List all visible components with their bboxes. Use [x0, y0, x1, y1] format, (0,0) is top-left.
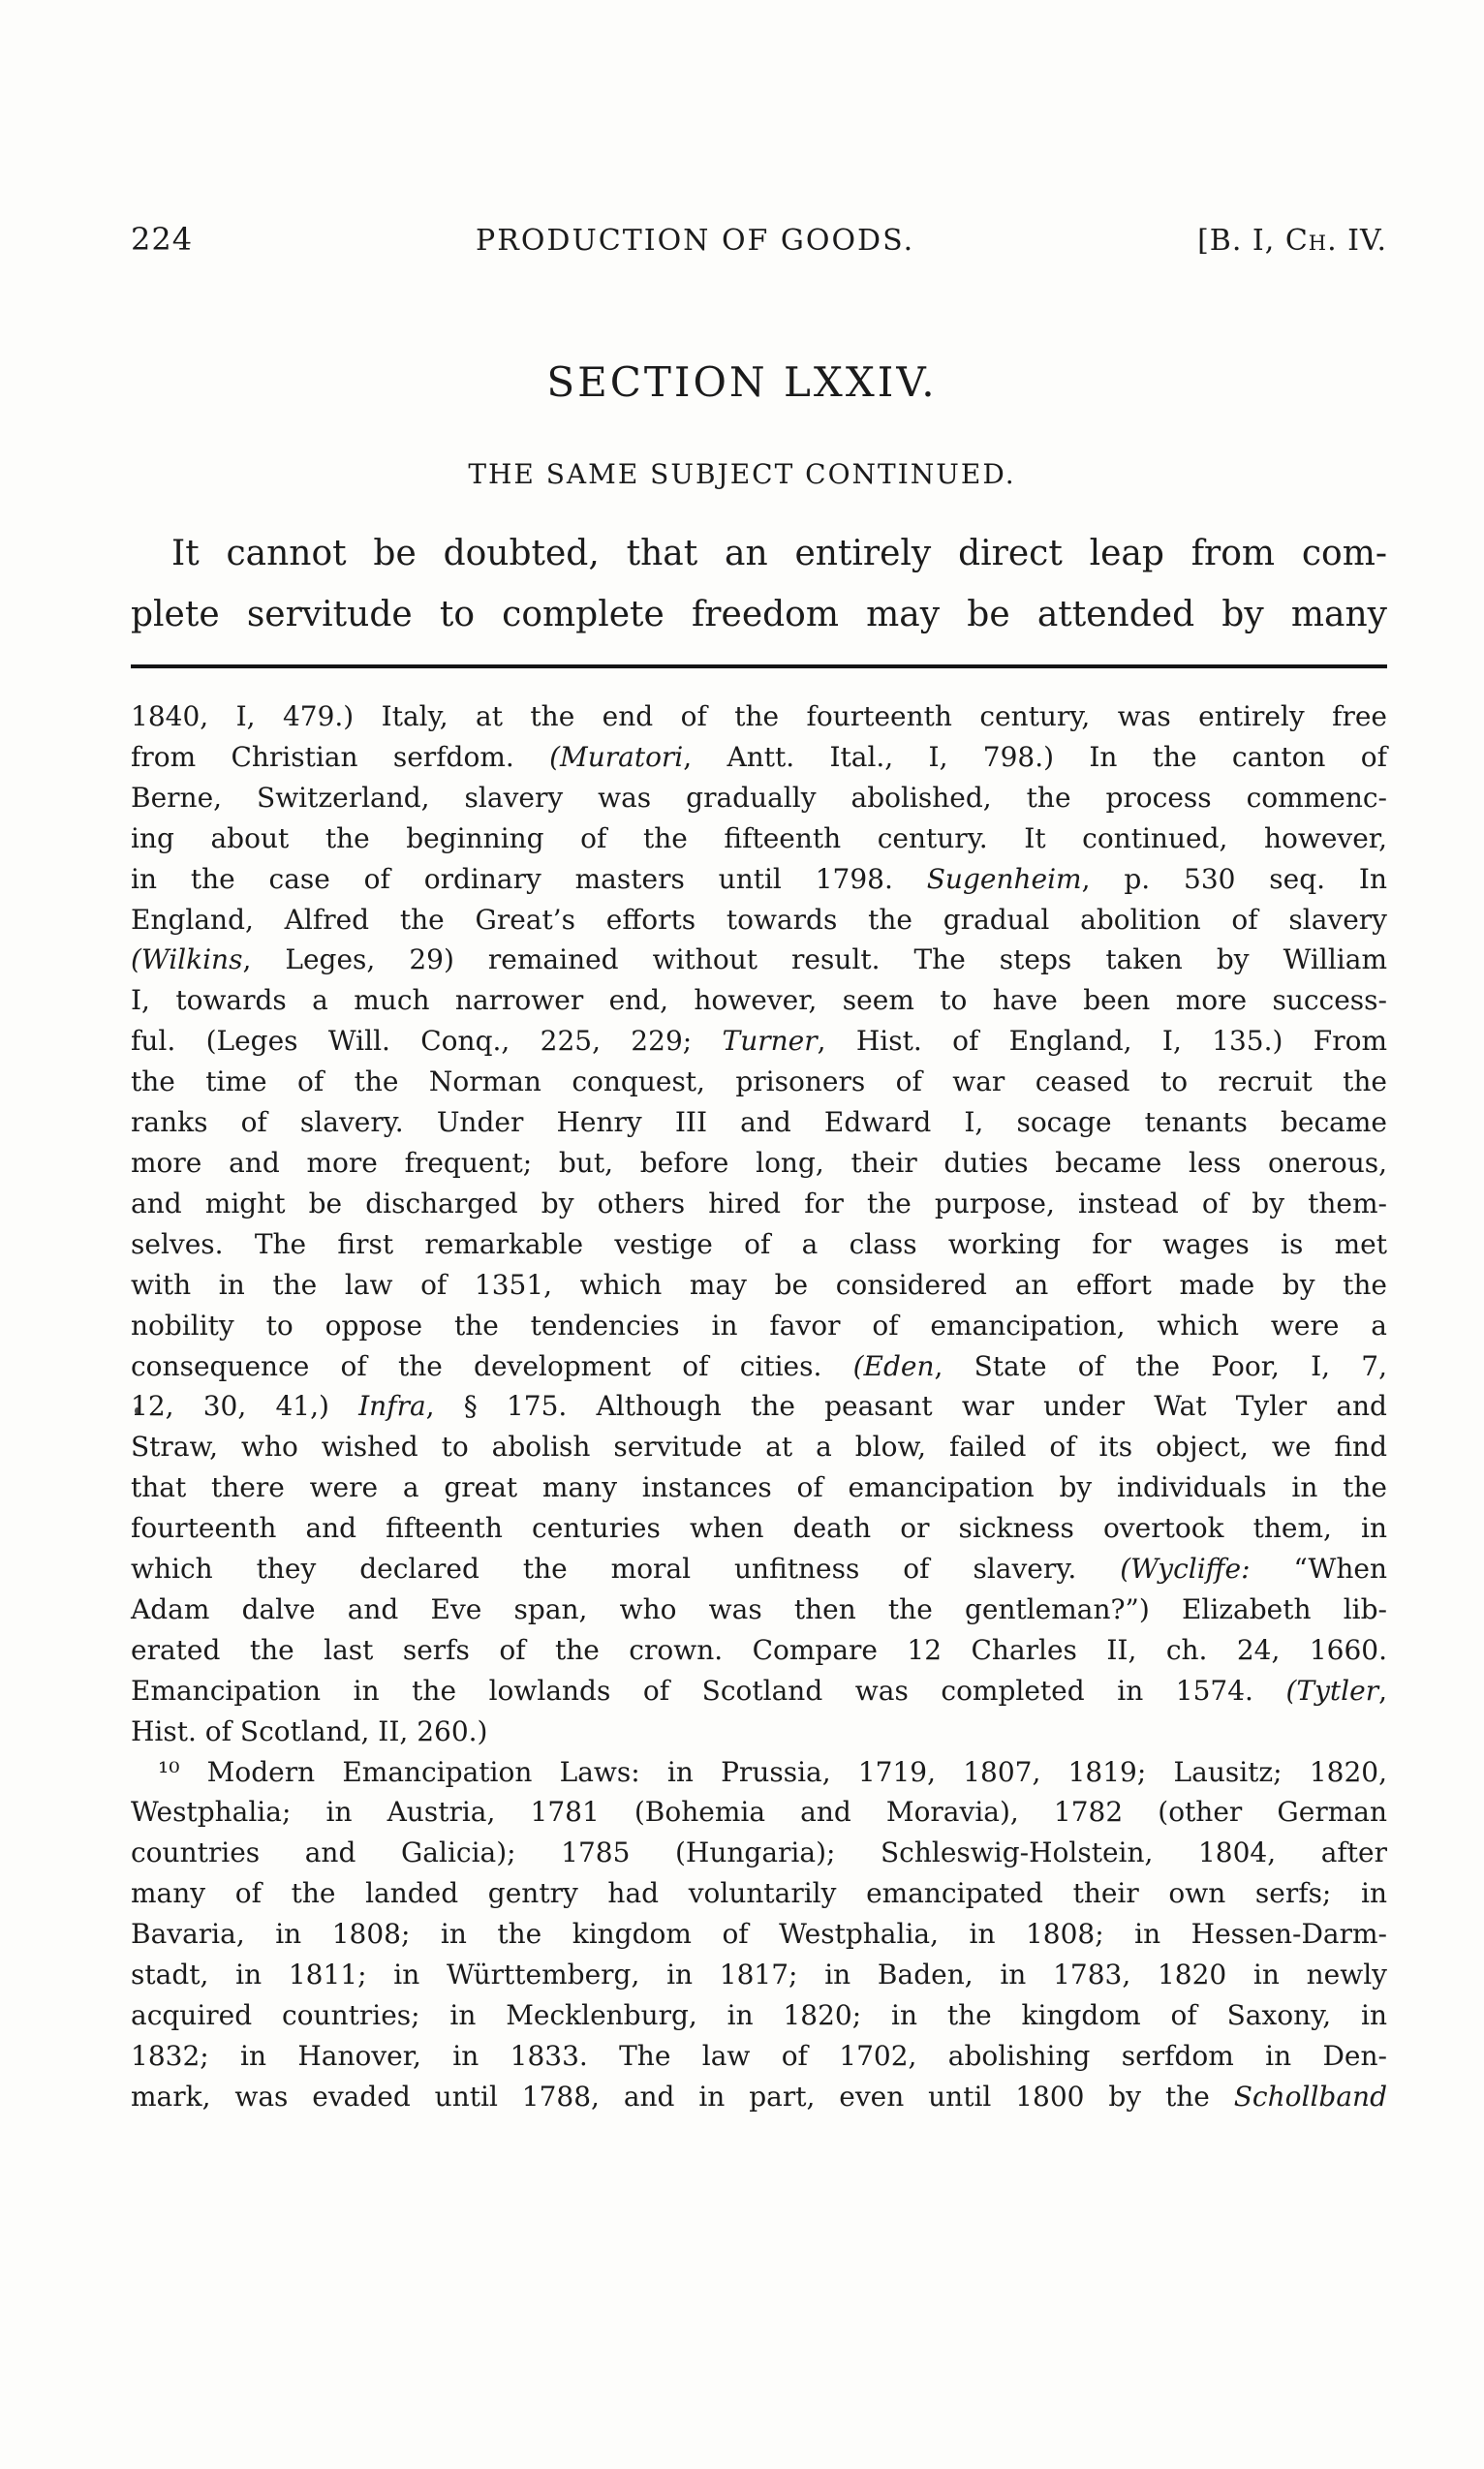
text-line: and might be discharged by others hired …	[131, 1184, 1387, 1224]
text-line: acquired countries; in Mecklenburg, in 1…	[131, 1995, 1387, 2036]
text-line: Straw, who wished to abolish servitude a…	[131, 1427, 1387, 1467]
text-line: that there were a great many instances o…	[131, 1467, 1387, 1508]
body-paragraph: It cannot be doubted, that an entirely d…	[131, 523, 1387, 645]
page-number: 224	[131, 221, 193, 258]
text-line: Adam dalve and Eve span, who was then th…	[131, 1589, 1387, 1630]
text-line: erated the last serfs of the crown. Comp…	[131, 1630, 1387, 1671]
text-line: from Christian serfdom. (Muratori, Antt.…	[131, 737, 1387, 778]
text-line: with in the law of 1351, which may be co…	[131, 1265, 1387, 1306]
text-line: mark, was evaded until 1788, and in part…	[131, 2077, 1387, 2117]
text-line: ranks of slavery. Under Henry III and Ed…	[131, 1102, 1387, 1143]
text-line: 1832; in Hanover, in 1833. The law of 17…	[131, 2036, 1387, 2077]
text-line: England, Alfred the Great’s efforts towa…	[131, 900, 1387, 941]
text-line: 12, 30, 41,) Infra, § 175. Although the …	[131, 1386, 1387, 1427]
scanned-book-page: 224 PRODUCTION OF GOODS. [B. I, Ch. IV. …	[0, 0, 1484, 2469]
ink-speck	[135, 1407, 139, 1414]
text-line: It cannot be doubted, that an entirely d…	[131, 523, 1387, 584]
text-line: in the case of ordinary masters until 17…	[131, 859, 1387, 900]
text-line: countries and Galicia); 1785 (Hungaria);…	[131, 1833, 1387, 1873]
section-subtitle: THE SAME SUBJECT CONTINUED.	[0, 458, 1484, 490]
text-line: Berne, Switzerland, slavery was graduall…	[131, 778, 1387, 818]
text-line: consequence of the development of cities…	[131, 1346, 1387, 1387]
text-line: Westphalia; in Austria, 1781 (Bohemia an…	[131, 1792, 1387, 1833]
chapter-reference: [B. I, Ch. IV.	[1197, 224, 1387, 258]
section-heading: SECTION LXXIV.	[0, 358, 1484, 406]
text-line: 1840, I, 479.) Italy, at the end of the …	[131, 696, 1387, 737]
text-line: (Wilkins, Leges, 29) remained without re…	[131, 940, 1387, 980]
text-line: ing about the beginning of the fifteenth…	[131, 818, 1387, 859]
text-line: I, towards a much narrower end, however,…	[131, 980, 1387, 1021]
text-line: Emancipation in the lowlands of Scotland…	[131, 1671, 1387, 1712]
page-header: 224 PRODUCTION OF GOODS. [B. I, Ch. IV.	[131, 221, 1387, 258]
text-line: more and more frequent; but, before long…	[131, 1143, 1387, 1184]
text-line: selves. The first remarkable vestige of …	[131, 1224, 1387, 1265]
footnote-divider-rule	[131, 664, 1387, 668]
footnote-block: 1840, I, 479.) Italy, at the end of the …	[131, 696, 1387, 2117]
text-line: plete servitude to complete freedom may …	[131, 584, 1387, 645]
text-line: many of the landed gentry had voluntaril…	[131, 1873, 1387, 1914]
text-line: nobility to oppose the tendencies in fav…	[131, 1306, 1387, 1346]
text-line: ¹⁰ Modern Emancipation Laws: in Prussia,…	[131, 1752, 1387, 1793]
running-title: PRODUCTION OF GOODS.	[476, 224, 914, 258]
text-line: ful. (Leges Will. Conq., 225, 229; Turne…	[131, 1021, 1387, 1062]
text-line: Hist. of Scotland, II, 260.)	[131, 1712, 1387, 1752]
text-line: the time of the Norman conquest, prisone…	[131, 1062, 1387, 1102]
text-line: fourteenth and fifteenth centuries when …	[131, 1508, 1387, 1549]
text-line: stadt, in 1811; in Württemberg, in 1817;…	[131, 1955, 1387, 1995]
text-line: Bavaria, in 1808; in the kingdom of West…	[131, 1914, 1387, 1955]
text-line: which they declared the moral unfitness …	[131, 1549, 1387, 1589]
